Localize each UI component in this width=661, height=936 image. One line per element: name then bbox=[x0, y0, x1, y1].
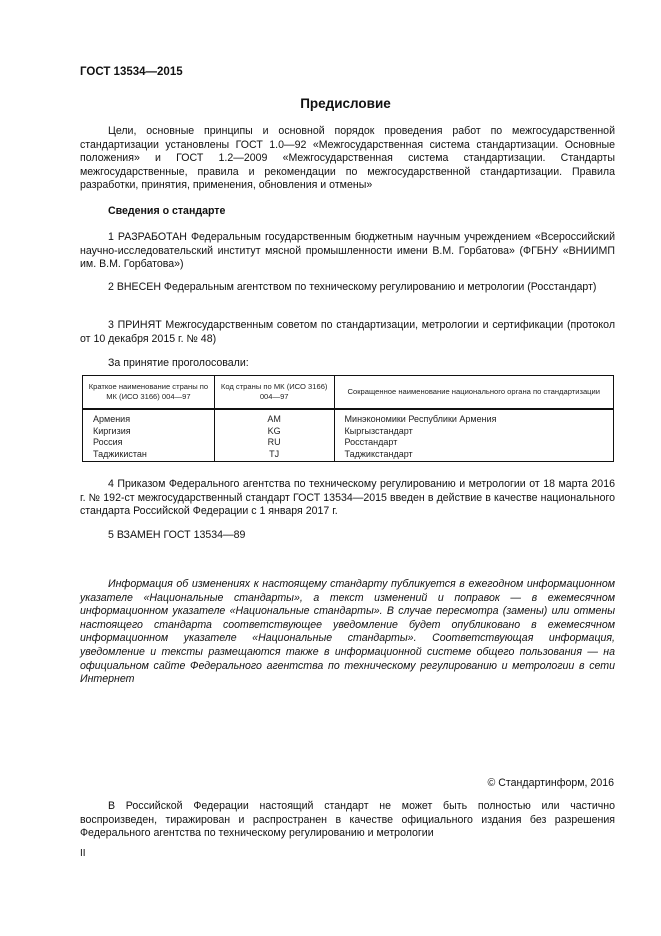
table-row: Россия RU Росстандарт bbox=[83, 437, 614, 449]
intro-text: Цели, основные принципы и основной поряд… bbox=[80, 125, 615, 191]
code-cell: RU bbox=[214, 437, 334, 449]
notice-text: Информация об изменениях к настоящему ст… bbox=[80, 578, 615, 685]
reproduction-notice: В Российской Федерации настоящий стандар… bbox=[80, 800, 615, 841]
country-cell: Россия bbox=[83, 437, 215, 449]
page-number: II bbox=[80, 848, 86, 859]
code-cell: AM bbox=[214, 409, 334, 426]
country-cell: Таджикистан bbox=[83, 449, 215, 462]
country-cell: Киргизия bbox=[83, 426, 215, 438]
header-code: Код страны по МК (ИСО 3166) 004—97 bbox=[214, 376, 334, 410]
item-2: 2 ВНЕСЕН Федеральным агентством по техни… bbox=[80, 281, 615, 295]
table-row: Киргизия KG Кыргызстандарт bbox=[83, 426, 614, 438]
table-header-row: Краткое наименование страны по МК (ИСО 3… bbox=[83, 376, 614, 410]
code-cell: KG bbox=[214, 426, 334, 438]
body-cell: Росстандарт bbox=[334, 437, 613, 449]
table-row: Армения AM Минэкономики Республики Армен… bbox=[83, 409, 614, 426]
item-3-text: 3 ПРИНЯТ Межгосударственным советом по с… bbox=[80, 319, 615, 345]
info-heading: Сведения о стандарте bbox=[108, 205, 225, 217]
country-cell: Армения bbox=[83, 409, 215, 426]
item-2-text: 2 ВНЕСЕН Федеральным агентством по техни… bbox=[108, 281, 596, 293]
body-cell: Кыргызстандарт bbox=[334, 426, 613, 438]
body-cell: Таджикстандарт bbox=[334, 449, 613, 462]
intro-paragraph: Цели, основные принципы и основной поряд… bbox=[80, 125, 615, 193]
code-cell: TJ bbox=[214, 449, 334, 462]
item-4-text: 4 Приказом Федерального агентства по тех… bbox=[80, 478, 615, 517]
item-5-text: 5 ВЗАМЕН ГОСТ 13534—89 bbox=[108, 529, 245, 541]
document-code: ГОСТ 13534—2015 bbox=[80, 66, 183, 78]
item-1: 1 РАЗРАБОТАН Федеральным государственным… bbox=[80, 231, 615, 272]
body-cell: Минэкономики Республики Армения bbox=[334, 409, 613, 426]
vote-table: Краткое наименование страны по МК (ИСО 3… bbox=[82, 375, 614, 462]
voted-label: За принятие проголосовали: bbox=[108, 357, 249, 369]
header-country: Краткое наименование страны по МК (ИСО 3… bbox=[83, 376, 215, 410]
item-4: 4 Приказом Федерального агентства по тех… bbox=[80, 478, 615, 519]
table-row: Таджикистан TJ Таджикстандарт bbox=[83, 449, 614, 462]
changes-notice: Информация об изменениях к настоящему ст… bbox=[80, 578, 615, 687]
item-3: 3 ПРИНЯТ Межгосударственным советом по с… bbox=[80, 319, 615, 346]
item-5: 5 ВЗАМЕН ГОСТ 13534—89 bbox=[80, 529, 615, 543]
page-title: Предисловие bbox=[0, 96, 661, 111]
item-1-text: 1 РАЗРАБОТАН Федеральным государственным… bbox=[80, 231, 615, 270]
header-body: Сокращенное наименование национального о… bbox=[334, 376, 613, 410]
reproduction-text: В Российской Федерации настоящий стандар… bbox=[80, 800, 615, 839]
copyright: © Стандартинформ, 2016 bbox=[488, 777, 614, 789]
